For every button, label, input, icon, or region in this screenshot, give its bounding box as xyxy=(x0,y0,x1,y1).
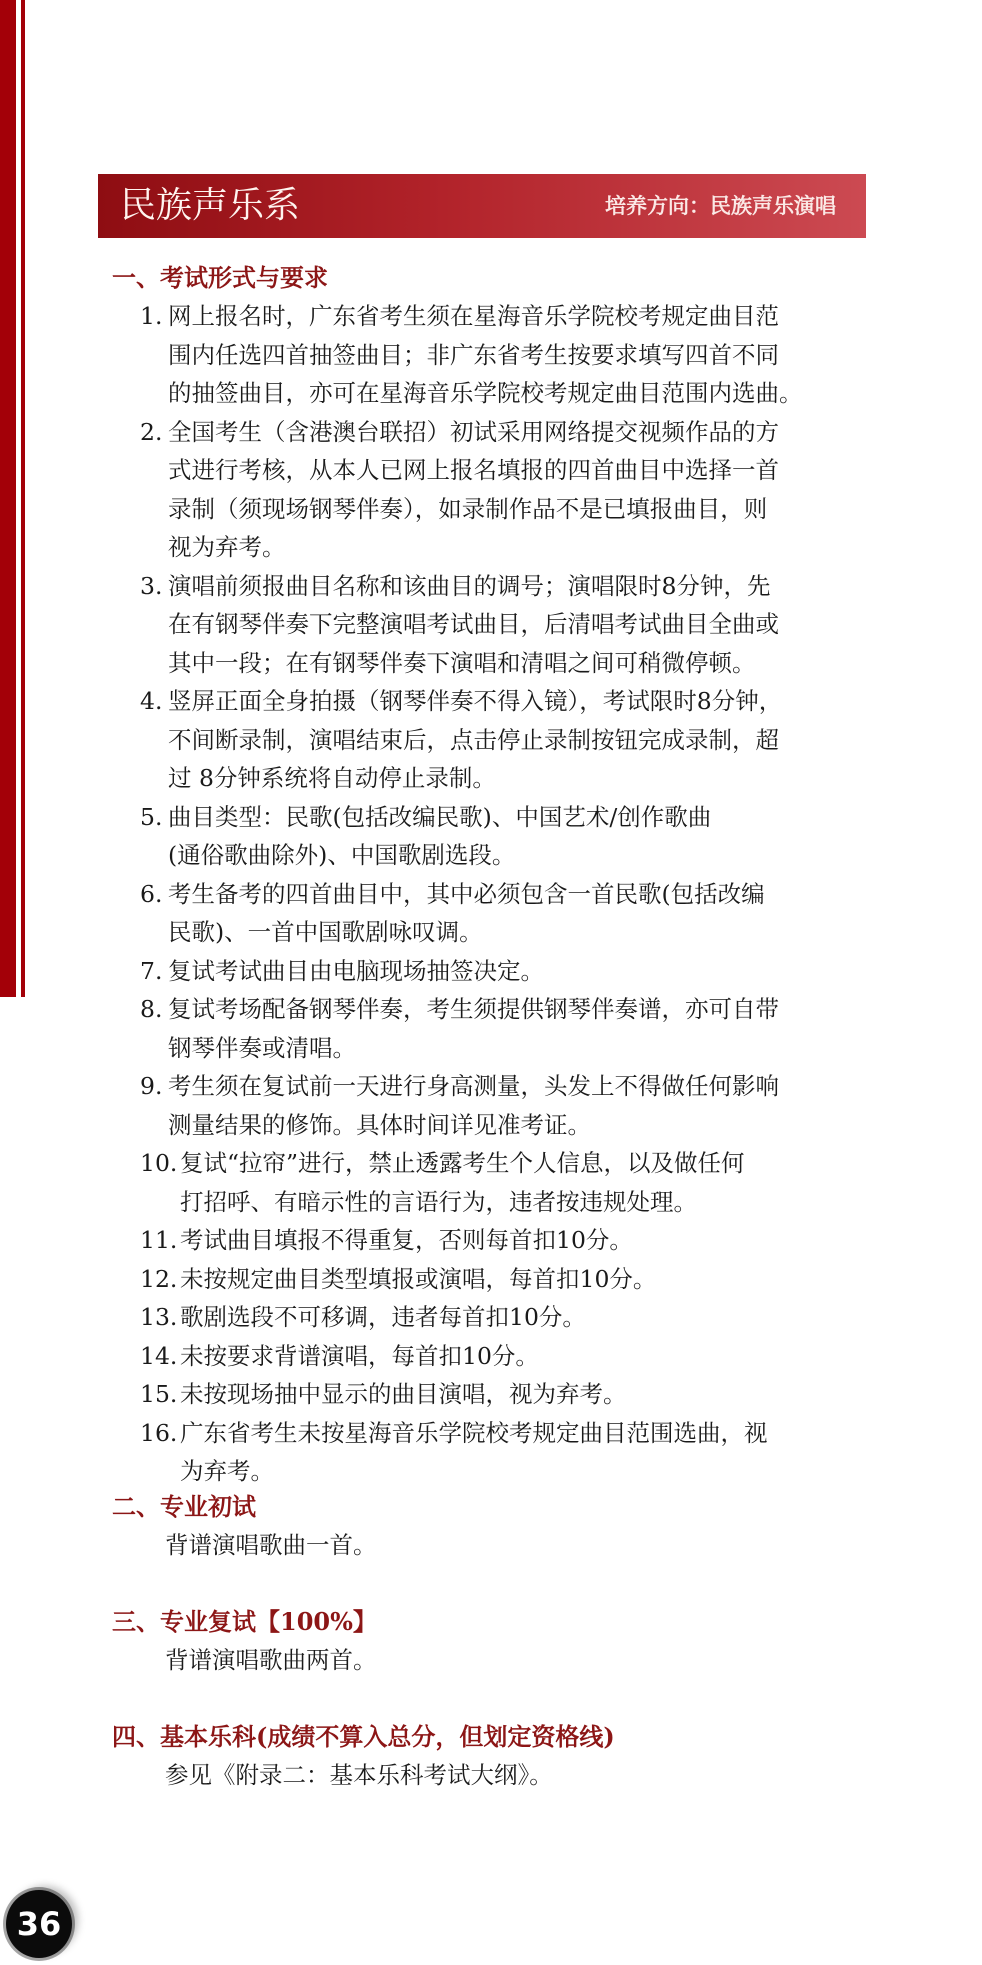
item-number: 13. xyxy=(140,1298,177,1337)
department-banner: 民族声乐系 培养方向：民族声乐演唱 xyxy=(98,174,866,238)
item-text-line: 考试曲目填报不得重复，否则每首扣10分。 xyxy=(180,1221,900,1260)
item-text-line: 打招呼、有暗示性的言语行为，违者按违规处理。 xyxy=(180,1183,900,1222)
item-number: 5. xyxy=(140,798,162,837)
item-number: 15. xyxy=(140,1375,177,1414)
item-text-line: 考生须在复试前一天进行身高测量，头发上不得做任何影响 xyxy=(168,1067,900,1106)
list-item: 6.考生备考的四首曲目中，其中必须包含一首民歌(包括改编民歌)、一首中国歌剧咏叹… xyxy=(140,875,900,952)
item-text: 歌剧选段不可移调，违者每首扣10分。 xyxy=(140,1298,900,1337)
preliminary-content: 背谱演唱歌曲一首。 xyxy=(165,1530,377,1560)
section-heading-music-basics: 四、基本乐科(成绩不算入总分，但划定资格线) xyxy=(112,1722,615,1752)
item-text-line: 复试考试曲目由电脑现场抽签决定。 xyxy=(168,952,900,991)
item-text: 竖屏正面全身拍摄（钢琴伴奏不得入镜），考试限时8分钟，不间断录制，演唱结束后，点… xyxy=(140,682,900,798)
music-basics-content: 参见《附录二：基本乐科考试大纲》。 xyxy=(165,1760,553,1790)
item-text: 考生备考的四首曲目中，其中必须包含一首民歌(包括改编民歌)、一首中国歌剧咏叹调。 xyxy=(140,875,900,952)
item-text-line: 复试考场配备钢琴伴奏，考生须提供钢琴伴奏谱，亦可自带 xyxy=(168,990,900,1029)
item-text: 未按要求背谱演唱，每首扣10分。 xyxy=(140,1337,900,1376)
list-item: 15.未按现场抽中显示的曲目演唱，视为弃考。 xyxy=(140,1375,900,1414)
item-text-line: 广东省考生未按星海音乐学院校考规定曲目范围选曲，视 xyxy=(180,1414,900,1453)
item-number: 7. xyxy=(140,952,162,991)
item-text-line: 未按现场抽中显示的曲目演唱，视为弃考。 xyxy=(180,1375,900,1414)
item-text: 考试曲目填报不得重复，否则每首扣10分。 xyxy=(140,1221,900,1260)
item-text-line: 钢琴伴奏或清唱。 xyxy=(168,1029,900,1068)
list-item: 2.全国考生（含港澳台联招）初试采用网络提交视频作品的方式进行考核，从本人已网上… xyxy=(140,413,900,567)
item-text-line: 为弃考。 xyxy=(180,1452,900,1491)
item-text-line: 演唱前须报曲目名称和该曲目的调号；演唱限时8分钟，先 xyxy=(168,567,900,606)
item-number: 9. xyxy=(140,1067,162,1106)
item-text-line: 未按规定曲目类型填报或演唱，每首扣10分。 xyxy=(180,1260,900,1299)
list-item: 1.网上报名时，广东省考生须在星海音乐学院校考规定曲目范围内任选四首抽签曲目；非… xyxy=(140,297,900,413)
item-text-line: 全国考生（含港澳台联招）初试采用网络提交视频作品的方 xyxy=(168,413,900,452)
item-text-line: 曲目类型：民歌(包括改编民歌)、中国艺术/创作歌曲 xyxy=(168,798,900,837)
item-text-line: 竖屏正面全身拍摄（钢琴伴奏不得入镜），考试限时8分钟， xyxy=(168,682,900,721)
list-item: 3.演唱前须报曲目名称和该曲目的调号；演唱限时8分钟，先在有钢琴伴奏下完整演唱考… xyxy=(140,567,900,683)
item-text: 复试考场配备钢琴伴奏，考生须提供钢琴伴奏谱，亦可自带钢琴伴奏或清唱。 xyxy=(140,990,900,1067)
list-item: 14.未按要求背谱演唱，每首扣10分。 xyxy=(140,1337,900,1376)
item-text: 考生须在复试前一天进行身高测量，头发上不得做任何影响测量结果的修饰。具体时间详见… xyxy=(140,1067,900,1144)
list-item: 4.竖屏正面全身拍摄（钢琴伴奏不得入镜），考试限时8分钟，不间断录制，演唱结束后… xyxy=(140,682,900,798)
list-item: 12.未按规定曲目类型填报或演唱，每首扣10分。 xyxy=(140,1260,900,1299)
item-number: 6. xyxy=(140,875,162,914)
item-text-line: 测量结果的修饰。具体时间详见准考证。 xyxy=(168,1106,900,1145)
item-text: 网上报名时，广东省考生须在星海音乐学院校考规定曲目范围内任选四首抽签曲目；非广东… xyxy=(140,297,900,413)
section-heading-exam-format: 一、考试形式与要求 xyxy=(112,263,328,293)
item-text-line: 围内任选四首抽签曲目；非广东省考生按要求填写四首不同 xyxy=(168,336,900,375)
left-decorative-stripe xyxy=(0,0,16,997)
item-text: 曲目类型：民歌(包括改编民歌)、中国艺术/创作歌曲(通俗歌曲除外)、中国歌剧选段… xyxy=(140,798,900,875)
item-text-line: 在有钢琴伴奏下完整演唱考试曲目，后清唱考试曲目全曲或 xyxy=(168,605,900,644)
item-text: 全国考生（含港澳台联招）初试采用网络提交视频作品的方式进行考核，从本人已网上报名… xyxy=(140,413,900,567)
section-heading-retest: 三、专业复试【100%】 xyxy=(112,1607,377,1637)
list-item: 13.歌剧选段不可移调，违者每首扣10分。 xyxy=(140,1298,900,1337)
item-text: 复试考试曲目由电脑现场抽签决定。 xyxy=(140,952,900,991)
item-text-line: (通俗歌曲除外)、中国歌剧选段。 xyxy=(168,836,900,875)
item-text-line: 网上报名时，广东省考生须在星海音乐学院校考规定曲目范 xyxy=(168,297,900,336)
item-number: 8. xyxy=(140,990,162,1029)
item-number: 2. xyxy=(140,413,162,452)
list-item: 7.复试考试曲目由电脑现场抽签决定。 xyxy=(140,952,900,991)
item-text: 复试“拉帘”进行，禁止透露考生个人信息，以及做任何打招呼、有暗示性的言语行为，违… xyxy=(140,1144,900,1221)
retest-content: 背谱演唱歌曲两首。 xyxy=(165,1645,377,1675)
item-number: 10. xyxy=(140,1144,177,1183)
item-number: 12. xyxy=(140,1260,177,1299)
item-text-line: 其中一段；在有钢琴伴奏下演唱和清唱之间可稍微停顿。 xyxy=(168,644,900,683)
page-number-badge: 36 xyxy=(6,1890,72,1958)
item-text: 广东省考生未按星海音乐学院校考规定曲目范围选曲，视为弃考。 xyxy=(140,1414,900,1491)
list-item: 16.广东省考生未按星海音乐学院校考规定曲目范围选曲，视为弃考。 xyxy=(140,1414,900,1491)
page-number: 36 xyxy=(6,1904,72,1944)
list-item: 11.考试曲目填报不得重复，否则每首扣10分。 xyxy=(140,1221,900,1260)
item-text-line: 录制（须现场钢琴伴奏），如录制作品不是已填报曲目，则 xyxy=(168,490,900,529)
item-text-line: 歌剧选段不可移调，违者每首扣10分。 xyxy=(180,1298,900,1337)
item-text: 未按现场抽中显示的曲目演唱，视为弃考。 xyxy=(140,1375,900,1414)
item-text-line: 过 8分钟系统将自动停止录制。 xyxy=(168,759,900,798)
training-direction: 培养方向：民族声乐演唱 xyxy=(605,192,836,220)
item-text-line: 民歌)、一首中国歌剧咏叹调。 xyxy=(168,913,900,952)
item-number: 11. xyxy=(140,1221,177,1260)
item-number: 14. xyxy=(140,1337,177,1376)
item-number: 1. xyxy=(140,297,162,336)
left-decorative-thin-stripe xyxy=(21,0,25,997)
item-number: 16. xyxy=(140,1414,177,1453)
section-heading-preliminary: 二、专业初试 xyxy=(112,1492,256,1522)
item-text-line: 未按要求背谱演唱，每首扣10分。 xyxy=(180,1337,900,1376)
item-text-line: 的抽签曲目，亦可在星海音乐学院校考规定曲目范围内选曲。 xyxy=(168,374,900,413)
list-item: 10.复试“拉帘”进行，禁止透露考生个人信息，以及做任何打招呼、有暗示性的言语行… xyxy=(140,1144,900,1221)
item-number: 4. xyxy=(140,682,162,721)
item-text-line: 不间断录制，演唱结束后，点击停止录制按钮完成录制，超 xyxy=(168,721,900,760)
item-number: 3. xyxy=(140,567,162,606)
department-title: 民族声乐系 xyxy=(120,184,300,228)
item-text: 未按规定曲目类型填报或演唱，每首扣10分。 xyxy=(140,1260,900,1299)
item-text-line: 视为弃考。 xyxy=(168,528,900,567)
item-text-line: 考生备考的四首曲目中，其中必须包含一首民歌(包括改编 xyxy=(168,875,900,914)
list-item: 8.复试考场配备钢琴伴奏，考生须提供钢琴伴奏谱，亦可自带钢琴伴奏或清唱。 xyxy=(140,990,900,1067)
item-text-line: 式进行考核，从本人已网上报名填报的四首曲目中选择一首 xyxy=(168,451,900,490)
list-item: 9.考生须在复试前一天进行身高测量，头发上不得做任何影响测量结果的修饰。具体时间… xyxy=(140,1067,900,1144)
item-text: 演唱前须报曲目名称和该曲目的调号；演唱限时8分钟，先在有钢琴伴奏下完整演唱考试曲… xyxy=(140,567,900,683)
list-item: 5.曲目类型：民歌(包括改编民歌)、中国艺术/创作歌曲(通俗歌曲除外)、中国歌剧… xyxy=(140,798,900,875)
item-text-line: 复试“拉帘”进行，禁止透露考生个人信息，以及做任何 xyxy=(180,1144,900,1183)
